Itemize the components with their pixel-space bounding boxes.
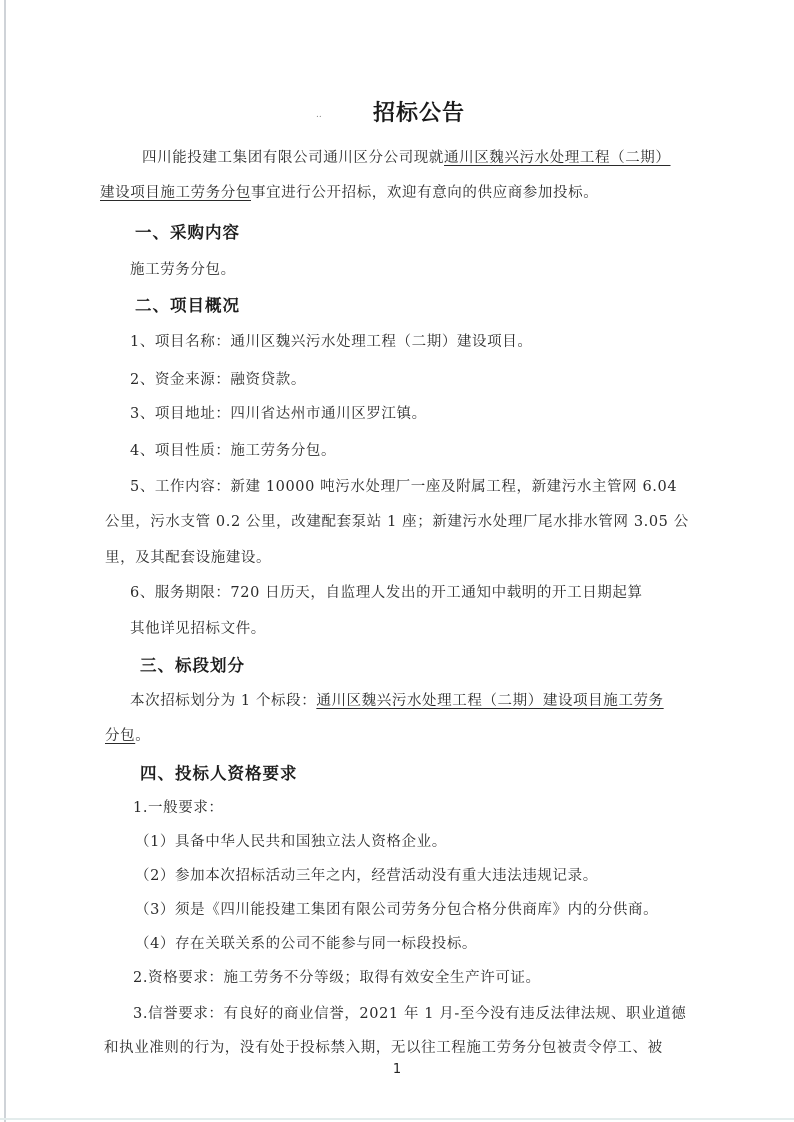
lot-name-underlined: 通川区魏兴污水处理工程（二期）建设项目施工劳务 [316, 693, 663, 709]
qualification-item-continued: 和执业准则的行为，没有处于投标禁入期，无以往工程施工劳务分包被责令停工、被 [104, 1036, 663, 1057]
qualification-item: （4）存在关联关系的公司不能参与同一标段投标。 [135, 932, 477, 953]
lots-line-1: 本次招标划分为 1 个标段：通川区魏兴污水处理工程（二期）建设项目施工劳务 [130, 689, 664, 710]
lot-name-underlined: 分包 [105, 728, 135, 744]
overview-item: 4、项目性质：施工劳务分包。 [130, 439, 336, 460]
intro-text: 事宜进行公开招标，欢迎有意向的供应商参加投标。 [251, 185, 598, 201]
intro-line-1: 四川能投建工集团有限公司通川区分公司现就通川区魏兴污水处理工程（二期） [142, 146, 671, 167]
overview-item: 6、服务期限：720 日历天，自监理人发出的开工通知中载明的开工日期起算 [130, 581, 643, 602]
section-heading-procurement: 一、采购内容 [135, 219, 240, 243]
lots-text: 。 [135, 728, 150, 744]
page-number: 1 [0, 1062, 794, 1077]
qualification-item: 2.资格要求：施工劳务不分等级；取得有效安全生产许可证。 [133, 966, 541, 987]
overview-item: 2、资金来源：融资贷款。 [130, 368, 306, 389]
overview-item: 3、项目地址：四川省达州市通川区罗江镇。 [130, 402, 427, 423]
document-page: .. 招标公告 四川能投建工集团有限公司通川区分公司现就通川区魏兴污水处理工程（… [0, 0, 794, 1122]
intro-line-2: 建设项目施工劳务分包事宜进行公开招标，欢迎有意向的供应商参加投标。 [100, 181, 598, 202]
overview-item-continued: 公里，污水支管 0.2 公里，改建配套泵站 1 座；新建污水处理厂尾水排水管网 … [105, 510, 689, 531]
lots-line-2: 分包。 [105, 724, 150, 745]
overview-item: 1、项目名称：通川区魏兴污水处理工程（二期）建设项目。 [130, 330, 532, 351]
qualification-item: 1.一般要求： [133, 796, 224, 817]
qualification-item: （2）参加本次招标活动三年之内，经营活动没有重大违法违规记录。 [135, 864, 598, 885]
project-name-underlined: 通川区魏兴污水处理工程（二期） [444, 150, 671, 166]
section-heading-qualifications: 四、投标人资格要求 [140, 760, 298, 784]
qualification-item: （3）须是《四川能投建工集团有限公司劳务分包合格分供商库》内的分供商。 [135, 898, 658, 919]
section-heading-lots: 三、标段划分 [140, 652, 245, 676]
project-scope-underlined: 建设项目施工劳务分包 [100, 185, 251, 201]
overview-item-continued: 里，及其配套设施建设。 [105, 546, 271, 567]
qualification-item: 3.信誉要求：有良好的商业信誉，2021 年 1 月-至今没有违反法律法规、职业… [133, 1002, 686, 1023]
overview-item: 5、工作内容：新建 10000 吨污水处理厂一座及附属工程，新建污水主管网 6.… [130, 475, 677, 496]
lots-text: 本次招标划分为 1 个标段： [130, 693, 316, 709]
overview-note: 其他详见招标文件。 [130, 617, 266, 638]
intro-text: 四川能投建工集团有限公司通川区分公司现就 [142, 150, 444, 166]
section-body: 施工劳务分包。 [130, 258, 236, 279]
qualification-item: （1）具备中华人民共和国独立法人资格企业。 [135, 830, 447, 851]
document-title: 招标公告 [0, 96, 794, 127]
section-heading-overview: 二、项目概况 [135, 292, 240, 316]
